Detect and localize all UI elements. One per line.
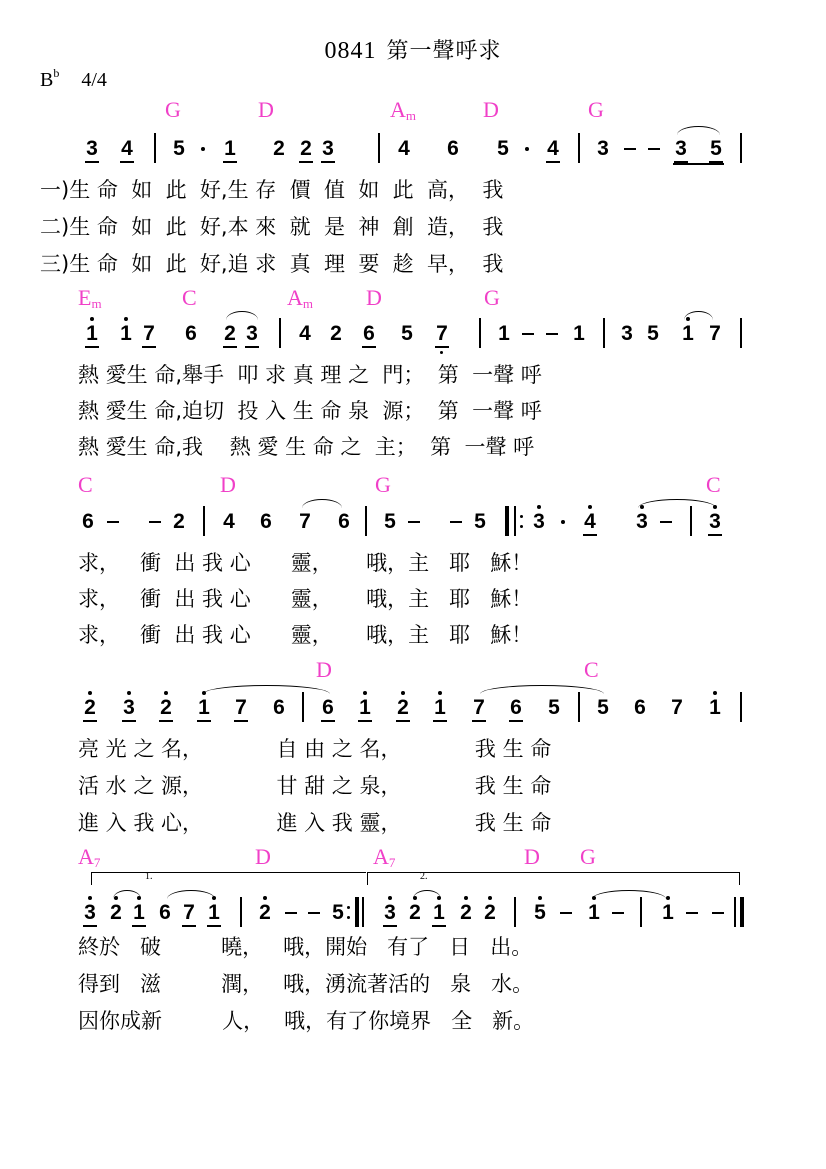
song-number: 0841 bbox=[324, 38, 376, 64]
repeat-dot bbox=[520, 525, 523, 528]
note: 5 bbox=[330, 902, 346, 923]
note: 1 bbox=[586, 902, 602, 923]
note: 4 bbox=[582, 511, 598, 532]
augmentation-dot bbox=[561, 520, 565, 524]
slur bbox=[592, 890, 666, 899]
note: 7 bbox=[707, 323, 723, 344]
bar-line bbox=[505, 506, 509, 536]
bar-line bbox=[154, 133, 156, 163]
lyric-line-verse-3: 因你成新 人， 哦，有了你境界 全 新。 bbox=[78, 1011, 534, 1032]
chord-symbol: D bbox=[366, 287, 382, 309]
lyric-line-verse-3: 熱 愛生 命,我 熱 愛 生 命 之 主； 第 一聲 呼 bbox=[78, 437, 534, 458]
bar-line bbox=[603, 318, 605, 348]
chord-symbol: G bbox=[484, 287, 500, 309]
bar-line bbox=[362, 897, 364, 927]
bar-line bbox=[578, 692, 580, 722]
note: 1 bbox=[432, 697, 448, 718]
lyric-line-verse-1: 亮 光 之 名， 自 由 之 名， 我 生 命 bbox=[78, 739, 551, 760]
note: 3 bbox=[595, 138, 611, 159]
note: 1 bbox=[571, 323, 587, 344]
slur bbox=[113, 890, 141, 899]
note: 1 bbox=[131, 902, 147, 923]
note: 4 bbox=[396, 138, 412, 159]
note: 1 bbox=[680, 323, 696, 344]
note: 1 bbox=[496, 323, 512, 344]
lyric-line-verse-2: 求， 衝 出 我 心 靈， 哦，主 耶 穌！ bbox=[78, 589, 532, 610]
volta-label-1: 1. bbox=[145, 871, 153, 882]
note: 1 bbox=[357, 697, 373, 718]
note: 2 bbox=[82, 697, 98, 718]
note: 3 bbox=[244, 323, 260, 344]
bar-line bbox=[578, 133, 580, 163]
note: 4 bbox=[221, 511, 237, 532]
slur bbox=[684, 311, 713, 320]
note: 3 bbox=[84, 138, 100, 159]
note: 2 bbox=[108, 902, 124, 923]
note: 3 bbox=[707, 511, 723, 532]
chord-symbol: D bbox=[255, 846, 271, 868]
key-letter: B bbox=[40, 69, 53, 91]
note: 6 bbox=[258, 511, 274, 532]
note: 5 bbox=[399, 323, 415, 344]
bar-line bbox=[479, 318, 481, 348]
slur bbox=[480, 685, 604, 694]
bar-line bbox=[355, 897, 359, 927]
bar-line bbox=[240, 897, 242, 927]
note: 5 bbox=[595, 697, 611, 718]
note: 1 bbox=[431, 902, 447, 923]
sustain-dash bbox=[546, 333, 558, 335]
bar-line bbox=[365, 506, 367, 536]
note: 3 bbox=[673, 138, 689, 159]
note: 6 bbox=[361, 323, 377, 344]
sustain-dash bbox=[285, 912, 297, 914]
note: 4 bbox=[119, 138, 135, 159]
note: 3 bbox=[634, 511, 650, 532]
note: 6 bbox=[183, 323, 199, 344]
sustain-dash bbox=[522, 333, 534, 335]
slur bbox=[226, 311, 258, 320]
note: 4 bbox=[297, 323, 313, 344]
bar-line bbox=[640, 897, 642, 927]
slur bbox=[677, 126, 720, 135]
note: 1 bbox=[660, 902, 676, 923]
chord-symbol: Am bbox=[390, 99, 416, 122]
repeat-dot bbox=[347, 906, 350, 909]
volta-bracket-1: 1. bbox=[91, 872, 366, 885]
note: 2 bbox=[222, 323, 238, 344]
lyric-line-verse-1: 求， 衝 出 我 心 靈， 哦，主 耶 穌！ bbox=[78, 553, 532, 574]
repeat-dot bbox=[347, 916, 350, 919]
note: 2 bbox=[328, 323, 344, 344]
note: 7 bbox=[181, 902, 197, 923]
key-accidental: b bbox=[53, 66, 59, 80]
lyric-line-verse-2: 熱 愛生 命,迫切 投 入 生 命 泉 源； 第 一聲 呼 bbox=[78, 401, 542, 422]
note: 2 bbox=[171, 511, 187, 532]
augmentation-dot bbox=[525, 147, 529, 151]
sustain-dash bbox=[450, 521, 462, 523]
note: 1 bbox=[707, 697, 723, 718]
note: 7 bbox=[297, 511, 313, 532]
chord-symbol: Em bbox=[78, 287, 102, 310]
note: 1 bbox=[118, 323, 134, 344]
chord-symbol: A7 bbox=[373, 846, 395, 869]
bar-line bbox=[514, 506, 516, 536]
note: 5 bbox=[382, 511, 398, 532]
lyric-line-verse-3: 求， 衝 出 我 心 靈， 哦，主 耶 穌！ bbox=[78, 625, 532, 646]
chord-symbol: D bbox=[524, 846, 540, 868]
chord-symbol: D bbox=[483, 99, 499, 121]
sustain-dash bbox=[107, 521, 119, 523]
note: 6 bbox=[336, 511, 352, 532]
bar-line bbox=[740, 133, 742, 163]
note: 2 bbox=[271, 138, 287, 159]
chord-symbol: G bbox=[375, 474, 391, 496]
note: 6 bbox=[80, 511, 96, 532]
slur bbox=[203, 685, 330, 694]
slur bbox=[413, 890, 441, 899]
lyric-line-verse-2: 得到 滋 潤， 哦，湧流著活的 泉 水。 bbox=[78, 974, 533, 995]
slur bbox=[167, 890, 215, 899]
underline-pair bbox=[673, 163, 724, 165]
bar-line bbox=[378, 133, 380, 163]
chord-symbol: G bbox=[580, 846, 596, 868]
chord-symbol: D bbox=[220, 474, 236, 496]
note: 7 bbox=[471, 697, 487, 718]
slur bbox=[638, 499, 716, 508]
note: 6 bbox=[157, 902, 173, 923]
note: 1 bbox=[84, 323, 100, 344]
note: 1 bbox=[206, 902, 222, 923]
chord-symbol: Am bbox=[287, 287, 313, 310]
note: 3 bbox=[382, 902, 398, 923]
note: 7 bbox=[141, 323, 157, 344]
note: 7 bbox=[434, 323, 450, 344]
note: 2 bbox=[458, 902, 474, 923]
note: 5 bbox=[532, 902, 548, 923]
song-title-text: 第一聲呼求 bbox=[386, 39, 501, 64]
volta-bracket-2: 2. bbox=[367, 872, 740, 885]
note: 2 bbox=[298, 138, 314, 159]
note: 3 bbox=[121, 697, 137, 718]
note: 6 bbox=[508, 697, 524, 718]
note: 1 bbox=[196, 697, 212, 718]
bar-line bbox=[514, 897, 516, 927]
note: 3 bbox=[82, 902, 98, 923]
note: 2 bbox=[257, 902, 273, 923]
sustain-dash bbox=[712, 912, 724, 914]
note: 3 bbox=[619, 323, 635, 344]
note: 2 bbox=[158, 697, 174, 718]
lyric-line-verse-1: 一)生 命 如 此 好,生 存 價 值 如 此 高， 我 bbox=[40, 180, 503, 201]
slur bbox=[302, 499, 342, 508]
sustain-dash bbox=[408, 521, 420, 523]
lyric-line-verse-3: 進 入 我 心， 進 入 我 靈， 我 生 命 bbox=[78, 813, 551, 834]
lyric-line-verse-1: 終於 破 曉， 哦，開始 有了 日 出。 bbox=[78, 937, 532, 958]
chord-symbol: G bbox=[165, 99, 181, 121]
chord-symbol: C bbox=[182, 287, 197, 309]
lyric-line-verse-1: 熱 愛生 命,舉手 叩 求 真 理 之 門； 第 一聲 呼 bbox=[78, 365, 542, 386]
note: 6 bbox=[271, 697, 287, 718]
note: 6 bbox=[445, 138, 461, 159]
bar-line bbox=[740, 692, 742, 722]
sustain-dash bbox=[648, 148, 660, 150]
bar-line bbox=[302, 692, 304, 722]
note: 5 bbox=[171, 138, 187, 159]
note: 7 bbox=[669, 697, 685, 718]
chord-symbol: G bbox=[588, 99, 604, 121]
note: 2 bbox=[407, 902, 423, 923]
bar-line bbox=[203, 506, 205, 536]
bar-line bbox=[734, 897, 736, 927]
sustain-dash bbox=[686, 912, 698, 914]
chord-symbol: C bbox=[78, 474, 93, 496]
note: 3 bbox=[531, 511, 547, 532]
note: 2 bbox=[395, 697, 411, 718]
sustain-dash bbox=[308, 912, 320, 914]
bar-line bbox=[279, 318, 281, 348]
augmentation-dot bbox=[201, 147, 205, 151]
sustain-dash bbox=[612, 912, 624, 914]
sustain-dash bbox=[149, 521, 161, 523]
sustain-dash bbox=[660, 521, 672, 523]
note: 5 bbox=[708, 138, 724, 159]
sustain-dash bbox=[624, 148, 636, 150]
note: 5 bbox=[546, 697, 562, 718]
note: 6 bbox=[320, 697, 336, 718]
note: 5 bbox=[495, 138, 511, 159]
chord-symbol: C bbox=[584, 659, 599, 681]
note: 1 bbox=[222, 138, 238, 159]
volta-label-2: 2. bbox=[420, 871, 428, 882]
chord-symbol: A7 bbox=[78, 846, 100, 869]
key-signature: Bb4/4 bbox=[40, 66, 107, 92]
lyric-line-verse-2: 二)生 命 如 此 好,本 來 就 是 神 創 造， 我 bbox=[40, 217, 503, 238]
sustain-dash bbox=[560, 912, 572, 914]
repeat-dot bbox=[520, 515, 523, 518]
note: 7 bbox=[233, 697, 249, 718]
chord-symbol: D bbox=[316, 659, 332, 681]
lyric-line-verse-3: 三)生 命 如 此 好,追 求 真 理 要 趁 早， 我 bbox=[40, 254, 503, 275]
note: 5 bbox=[645, 323, 661, 344]
song-title: 0841第一聲呼求 bbox=[0, 34, 826, 65]
bar-line bbox=[690, 506, 692, 536]
bar-line bbox=[740, 897, 744, 927]
note: 5 bbox=[472, 511, 488, 532]
lyric-line-verse-2: 活 水 之 源， 甘 甜 之 泉， 我 生 命 bbox=[78, 776, 551, 797]
bar-line bbox=[740, 318, 742, 348]
note: 3 bbox=[320, 138, 336, 159]
note: 2 bbox=[482, 902, 498, 923]
chord-symbol: D bbox=[258, 99, 274, 121]
note: 6 bbox=[632, 697, 648, 718]
note: 4 bbox=[545, 138, 561, 159]
chord-symbol: C bbox=[706, 474, 721, 496]
time-signature: 4/4 bbox=[81, 69, 107, 91]
